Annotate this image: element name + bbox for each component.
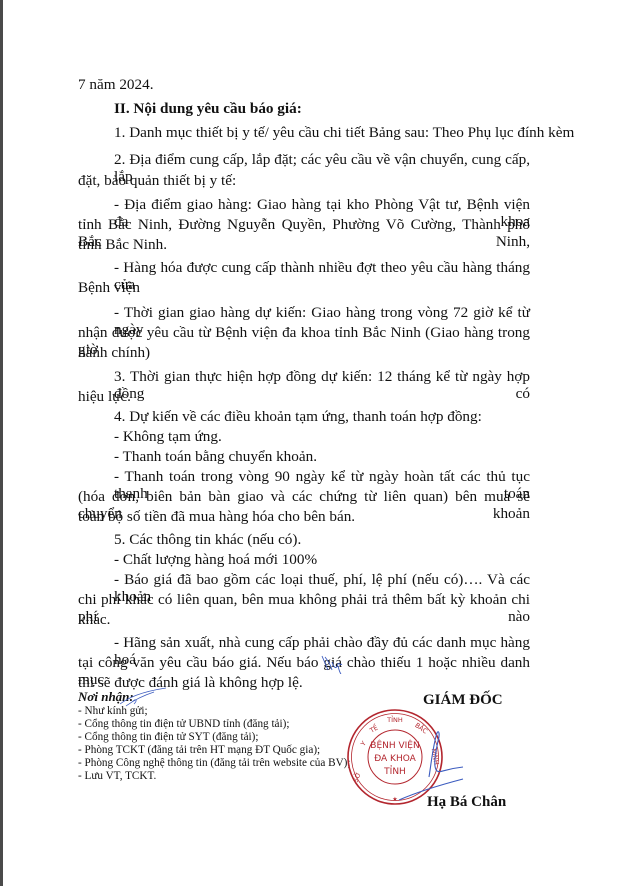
payment-terms-line-3: toàn bộ số tiền đã mua hàng hóa cho bên … <box>78 508 530 525</box>
item-2-line-2: đặt, bảo quản thiết bị y tế: <box>78 172 530 189</box>
quality: - Chất lượng hàng hoá mới 100% <box>114 551 530 568</box>
recipient-item: - Cổng thông tin điện tử SYT (đăng tải); <box>78 731 259 743</box>
item-5: 5. Các thông tin khác (nếu có). <box>114 531 530 548</box>
svg-text:TỈNH: TỈNH <box>386 715 403 724</box>
bank-transfer: - Thanh toán bằng chuyển khoản. <box>114 448 530 465</box>
svg-text:TỈNH: TỈNH <box>383 765 406 777</box>
stamp-line-1: BỆNH VIỆN <box>370 739 419 751</box>
item-3-line-2: hiệu lực. <box>78 388 530 405</box>
item-4: 4. Dự kiến về các điều khoản tạm ứng, th… <box>114 408 530 425</box>
delivery-location-line-3: tỉnh Bắc Ninh. <box>78 236 530 253</box>
svg-text:BẮC: BẮC <box>413 720 430 736</box>
taxes-line-3: khác. <box>78 611 530 628</box>
section-heading: II. Nội dung yêu cầu báo giá: <box>114 100 530 117</box>
signatory-name: Hạ Bá Chân <box>427 794 506 811</box>
recipient-item: - Cổng thông tin điện tử UBND tỉnh (đăng… <box>78 718 289 730</box>
svg-text:★: ★ <box>392 796 397 803</box>
recipient-item: - Lưu VT, TCKT. <box>78 770 156 782</box>
svg-text:ĐA KHOA: ĐA KHOA <box>374 754 416 764</box>
recipient-item: - Phòng TCKT (đăng tải trên HT mạng ĐT Q… <box>78 744 320 756</box>
delivery-time-line-3: hành chính) <box>78 344 530 361</box>
document-page: 7 năm 2024. II. Nội dung yêu cầu báo giá… <box>0 0 636 886</box>
svg-text:Y: Y <box>358 740 367 749</box>
date-continuation: 7 năm 2024. <box>78 76 530 93</box>
initial-signature-icon <box>320 652 346 674</box>
svg-text:TẾ: TẾ <box>367 722 381 736</box>
item-1: 1. Danh mục thiết bị y tế/ yêu cầu chi t… <box>114 124 530 141</box>
recipient-item: - Phòng Công nghệ thông tin (đăng tải tr… <box>78 757 351 769</box>
no-advance: - Không tạm ứng. <box>114 428 530 445</box>
recipient-item: - Như kính gửi; <box>78 705 148 717</box>
batch-delivery-line-2: Bệnh viện <box>78 279 530 296</box>
